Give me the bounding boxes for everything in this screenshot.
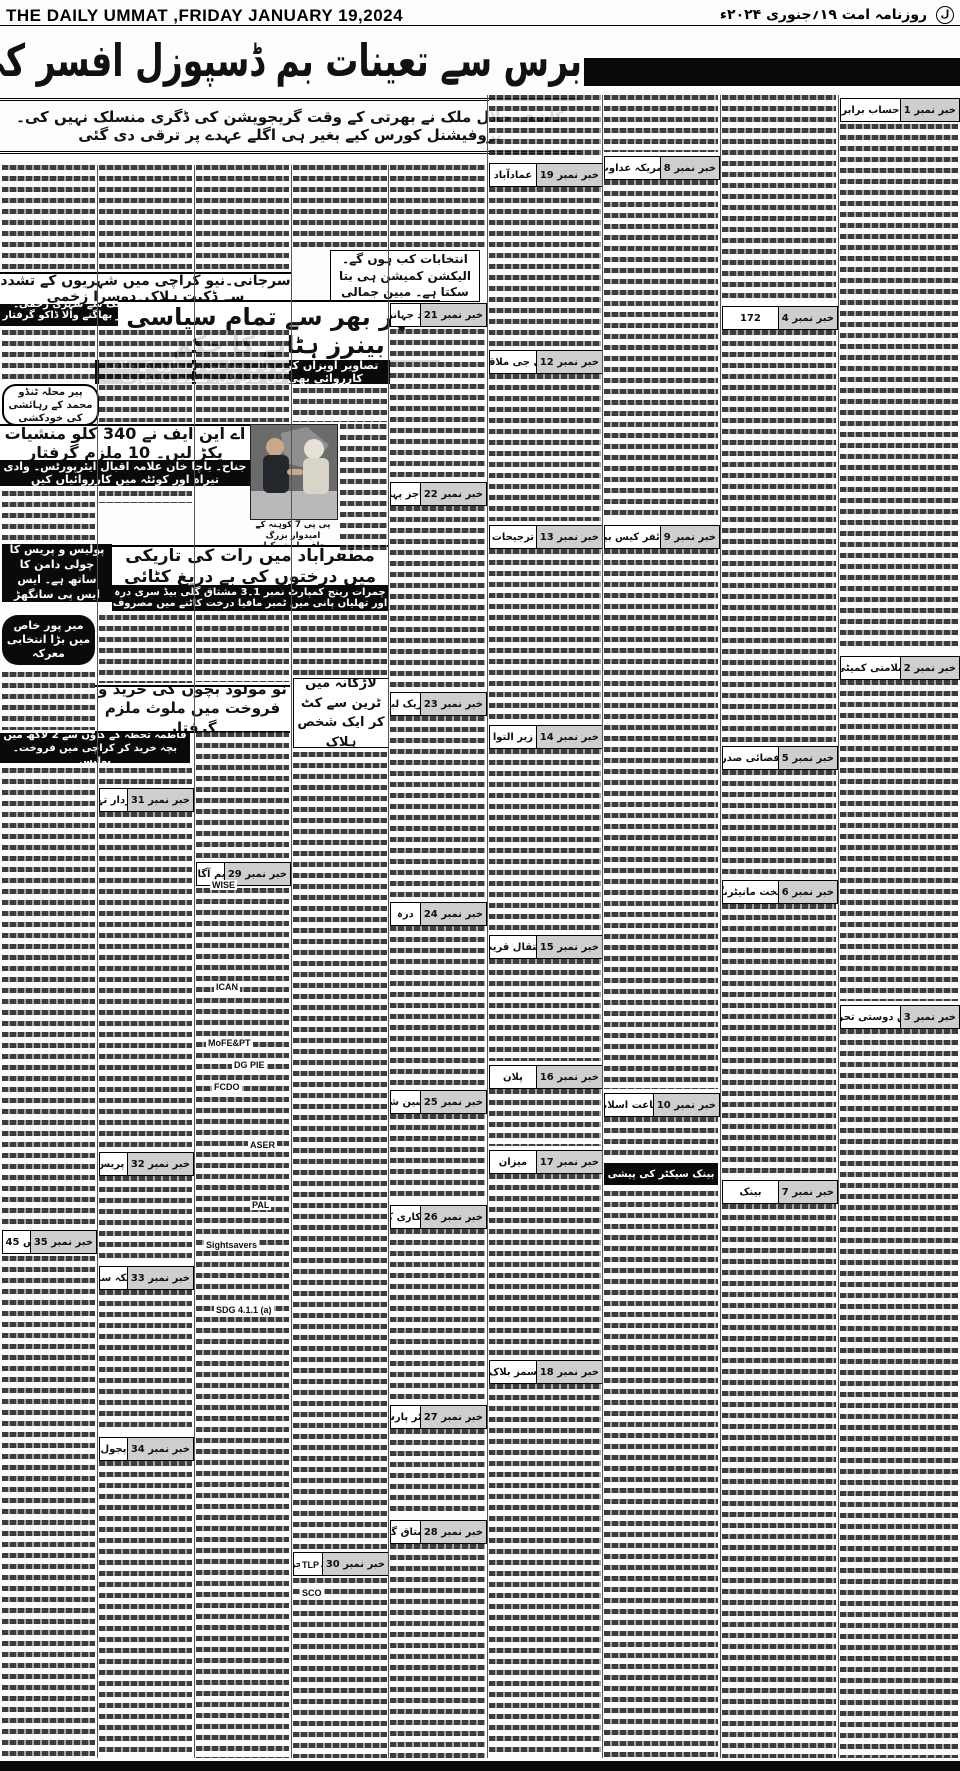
latin-term: ASER: [248, 1140, 277, 1150]
news-item-badge: خبر نمبر 10جماعت اسلامی: [604, 1093, 720, 1117]
badge-title: مشتاق گنی: [391, 1521, 420, 1543]
masthead-title: THE DAILY UMMAT ,FRIDAY JANUARY 19,2024: [6, 6, 403, 26]
news-item-badge: خبر نمبر 5فضائی صدر: [722, 746, 838, 770]
photo-two-men-talking: [250, 424, 338, 520]
badge-number: خبر نمبر 8: [660, 157, 719, 179]
news-item-badge: خبر نمبر 22عاجز پہنچ: [390, 482, 487, 506]
headline-police-press: پولیس و پریس کا چولی دامن کا ساتھ ہے۔ ای…: [2, 544, 112, 602]
headline-election-box: انتخابات کب ہوں گے۔ الیکشن کمیشن ہی بتا …: [330, 250, 480, 302]
badge-number: خبر نمبر 21: [420, 304, 486, 326]
badge-number: خبر نمبر 12: [536, 351, 602, 373]
badge-number: خبر نمبر 2: [900, 657, 959, 679]
body-text-column: [2, 672, 95, 730]
body-text-column: [99, 1461, 192, 1758]
latin-term: MoFE&PT: [206, 1038, 253, 1048]
badge-number: خبر نمبر 34: [127, 1438, 193, 1460]
body-text-column: [489, 1089, 601, 1146]
column-rule: [487, 95, 488, 1758]
body-text-column: [489, 374, 601, 521]
latin-term: FCDO: [212, 1082, 242, 1092]
news-item-badge: خبر نمبر 14زیر التوا: [489, 725, 603, 749]
body-text-column: [489, 959, 601, 1061]
badge-number: خبر نمبر 28: [420, 1521, 486, 1543]
latin-term: WISE: [210, 880, 237, 890]
body-text-column: [2, 491, 95, 541]
news-item-badge: خبر نمبر 12آئی جی ملاقات: [489, 350, 603, 374]
news-item-badge: خبر نمبر 26سرکاری کرم: [390, 1205, 487, 1229]
body-text-column: [293, 615, 387, 676]
body-text-column: [390, 926, 485, 1086]
edition-mark-icon: ل: [936, 6, 954, 24]
news-item-badge: خبر نمبر 25حسین شیخ: [390, 1090, 487, 1114]
body-text-column: [2, 768, 95, 1226]
news-item-badge: خبر نمبر 24درہ: [390, 902, 487, 926]
latin-term: ICAN: [214, 982, 240, 992]
news-item-badge: خبر نمبر 21زاہد جہانزیب: [390, 303, 487, 327]
badge-number: خبر نمبر 13: [536, 526, 602, 548]
column-rule: [97, 165, 98, 1758]
column-rule: [602, 95, 603, 1758]
body-text-column: [293, 1578, 387, 1758]
body-text-column: [99, 330, 192, 422]
badge-number: خبر نمبر 10: [653, 1094, 719, 1116]
badge-title: جماعت اسلامی: [605, 1094, 653, 1116]
news-item-badge: خبر نمبر 3چین دوستی تحریک: [840, 1005, 960, 1029]
badge-number: خبر نمبر 17: [536, 1151, 602, 1173]
masthead-date-text: روزنامہ امت ۱۹؍جنوری ۲۰۲۴ء: [720, 7, 927, 23]
lead-headline-block: 25 برس سے تعینات بم ڈسپوزل افسر کی ڈگریا…: [0, 26, 582, 94]
column-rule: [194, 165, 195, 1758]
badge-title: سمز بلاک: [490, 1361, 536, 1383]
body-text-column: [2, 165, 95, 270]
news-item-badge: خبر نمبر 17میزان: [489, 1150, 603, 1174]
body-text-column: [840, 1029, 958, 1758]
badge-title: ترجیحات: [490, 526, 536, 548]
news-item-badge: خبر نمبر 23تحریک لبیک: [390, 692, 487, 716]
badge-title: حساب برابر: [841, 99, 900, 121]
body-text-column: [99, 812, 192, 1148]
body-text-column: [99, 491, 192, 503]
body-text-column: [722, 770, 836, 876]
body-text-column: [722, 1204, 836, 1758]
body-text-column: [196, 615, 289, 682]
badge-title: قومی سلامتی کمیٹی اجلاس: [841, 657, 900, 679]
badge-title: چین دوستی تحریک: [841, 1006, 900, 1028]
news-item-badge: خبر نمبر 32انڈس پریس کلب: [99, 1152, 194, 1176]
badge-number: خبر نمبر 14: [536, 726, 602, 748]
body-text-column: [489, 187, 601, 346]
badge-number: خبر نمبر 3: [900, 1006, 959, 1028]
news-item-badge: خبر نمبر 31سردار تہور: [99, 788, 194, 812]
badge-title: امریکہ عداوت: [605, 157, 660, 179]
badge-title: انڈس پریس کلب: [100, 1153, 127, 1175]
badge-title: فضائی صدر: [723, 747, 778, 769]
body-text-column: [340, 424, 387, 554]
badge-title: میزان: [490, 1151, 536, 1173]
news-item-badge: خبر نمبر 33امریکہ سردی: [99, 1266, 194, 1290]
badge-number: خبر نمبر 27: [420, 1406, 486, 1428]
body-text-column: [722, 904, 836, 1176]
badge-number: خبر نمبر 4: [778, 307, 837, 329]
badge-title: پجول: [100, 1438, 127, 1460]
masthead-date-urdu: ل روزنامہ امت ۱۹؍جنوری ۲۰۲۴ء: [720, 6, 954, 24]
badge-number: خبر نمبر 35: [30, 1231, 96, 1253]
body-text-column: [293, 388, 387, 422]
body-text-column: [390, 165, 485, 248]
body-text-column: [489, 1384, 601, 1758]
body-text-column: [99, 165, 192, 270]
news-item-badge: خبر نمبر 9سائفر کیس بیان: [604, 525, 720, 549]
body-text-column: [196, 330, 289, 422]
badge-number: خبر نمبر 19: [536, 164, 602, 186]
badge-number: خبر نمبر 1: [900, 99, 959, 121]
body-text-column: [390, 1429, 485, 1516]
news-item-badge: خبر نمبر 28مشتاق گنی: [390, 1520, 487, 1544]
badge-title: سائفر کیس بیان: [605, 526, 660, 548]
newspaper-page: THE DAILY UMMAT ,FRIDAY JANUARY 19,2024 …: [0, 0, 960, 1771]
latin-term: SDG 4.1.1 (a): [214, 1305, 274, 1315]
badge-title: زیر التوا: [490, 726, 536, 748]
news-item-badge: خبر نمبر 13ترجیحات: [489, 525, 603, 549]
headline-mirpurkhas: میر پور خاص میں بڑا انتخابی معرکہ: [2, 615, 95, 665]
body-text-column: [196, 732, 289, 860]
body-text-column: [390, 329, 485, 478]
body-text-column: [99, 1176, 192, 1262]
news-item-badge: خبر نمبر 1حساب برابر: [840, 98, 960, 122]
body-text-column: [196, 888, 289, 1758]
badge-number: خبر نمبر 31: [127, 789, 193, 811]
badge-title: امریکہ سردی: [100, 1267, 127, 1289]
footer-rule: [0, 1761, 960, 1771]
news-item-badge: خبر نمبر 34پجول: [99, 1437, 194, 1461]
news-item-badge: خبر نمبر 18سمز بلاک: [489, 1360, 603, 1384]
body-text-column: [604, 549, 718, 1089]
badge-title: درہ: [391, 903, 420, 925]
body-text-column: [2, 330, 95, 382]
body-text-column: [390, 1114, 485, 1201]
news-item-badge: خبر نمبر 4172: [722, 306, 838, 330]
news-item-badge: خبر نمبر 27بیٹر پارس: [390, 1405, 487, 1429]
subheadline-fatima: فاطمہ ٹحطہ کے گاؤں سے 2 لاکھ میں بچہ خری…: [0, 733, 190, 763]
body-text-column: [293, 752, 387, 1550]
lead-headline: برس سے تعینات بم ڈسپوزل افسر کی ڈگریاں ج…: [0, 34, 582, 87]
news-item-badge: خبر نمبر 6سخت مانیٹرنگ: [722, 880, 838, 904]
news-item-badge: خبر نمبر 15انتقال قریب: [489, 935, 603, 959]
top-black-bar: [584, 58, 960, 86]
body-text-column: [99, 768, 192, 786]
latin-term: Sightsavers: [204, 1240, 259, 1250]
news-item-badge: خبر نمبر 19عمادآباد: [489, 163, 603, 187]
body-text-column: [604, 95, 718, 152]
badge-number: خبر نمبر 24: [420, 903, 486, 925]
badge-title: سرکاری کرم: [391, 1206, 420, 1228]
badge-title: زاہد جہانزیب: [391, 304, 420, 326]
badge-number: خبر نمبر 32: [127, 1153, 193, 1175]
badge-title: انتقال قریب: [490, 936, 536, 958]
column-rule: [291, 165, 292, 1758]
body-text-column: [2, 1256, 95, 1758]
badge-number: خبر نمبر 30: [322, 1553, 388, 1575]
body-text-column: [604, 1191, 718, 1758]
body-text-column: [390, 506, 485, 688]
badge-title: آئی جی ملاقات: [490, 351, 536, 373]
body-text-column: [489, 95, 601, 159]
badge-title: عمادآباد: [490, 164, 536, 186]
body-text-column: [840, 680, 958, 1001]
body-text-column: [99, 1290, 192, 1433]
column-rule: [720, 95, 721, 1758]
news-item-badge: خبر نمبر 2قومی سلامتی کمیٹی اجلاس: [840, 656, 960, 680]
badge-title: سخت مانیٹرنگ: [723, 881, 778, 903]
headline-larkana: لاڑکانہ میں ٹرین سے کٹ کر ایک شخص ہلاک: [293, 678, 389, 748]
news-item-badge: خبر نمبر 7بینک: [722, 1180, 838, 1204]
badge-title: پی ایس 45 مقابلہ: [3, 1231, 30, 1253]
badge-title: پلان: [490, 1066, 536, 1088]
body-text-column: [196, 165, 289, 270]
badge-number: خبر نمبر 22: [420, 483, 486, 505]
badge-title: حسین شیخ: [391, 1091, 420, 1113]
badge-number: خبر نمبر 18: [536, 1361, 602, 1383]
badge-title: بیٹر پارس: [391, 1406, 420, 1428]
latin-term: DG PIE: [232, 1060, 267, 1070]
column-rule: [838, 95, 839, 1758]
badge-number: خبر نمبر 26: [420, 1206, 486, 1228]
badge-title: بینک: [723, 1181, 778, 1203]
body-text-column: [722, 330, 836, 742]
photo-illustration: [251, 425, 337, 519]
badge-number: خبر نمبر 33: [127, 1267, 193, 1289]
news-item-badge: خبر نمبر 8امریکہ عداوت: [604, 156, 720, 180]
body-text-column: [604, 180, 718, 521]
body-text-column: [840, 124, 958, 652]
body-text-column: [293, 165, 387, 248]
badge-number: خبر نمبر 23: [420, 693, 486, 715]
headline-newborn: نو مولود بچوں کی خرید و فروخت میں ملوث م…: [95, 685, 290, 733]
latin-term: SCO: [300, 1588, 324, 1598]
badge-title: عاجز پہنچ: [391, 483, 420, 505]
latin-term: TLP: [300, 1560, 321, 1570]
body-text-column: [722, 95, 836, 302]
body-text-column: [489, 549, 601, 721]
headline-bank-bar: بینک سیکٹر کی پیشی: [604, 1163, 718, 1185]
subheadline-muzaffarabad: چمرات رینج کمپارٹ نمبر 1۔3 مشتاق گلی بیڈ…: [112, 585, 388, 611]
badge-number: خبر نمبر 6: [778, 881, 837, 903]
body-text-column: [390, 1229, 485, 1401]
badge-title: 172: [723, 307, 778, 329]
subheadline-anf: جناح۔ باچا خان علامہ اقبال ایئرپورٹس۔ وا…: [0, 460, 250, 486]
body-text-column: [604, 1117, 718, 1159]
headline-anf: اے این ایف نے 340 کلو منشیات پکڑ لیں۔ 10…: [0, 424, 250, 462]
badge-title: سردار تہور: [100, 789, 127, 811]
body-text-column: [390, 1544, 485, 1758]
badge-number: خبر نمبر 16: [536, 1066, 602, 1088]
headline-peer-mohalla: پیر محلہ ٹنڈو محمد کے رہائشی کی خودکشی: [2, 384, 99, 426]
news-item-badge: خبر نمبر 35پی ایس 45 مقابلہ: [2, 1230, 97, 1254]
badge-number: خبر نمبر 15: [536, 936, 602, 958]
badge-number: خبر نمبر 7: [778, 1181, 837, 1203]
body-text-column: [489, 749, 601, 931]
badge-number: خبر نمبر 5: [778, 747, 837, 769]
column-rule: [388, 165, 389, 1758]
badge-title: تحریک لبیک: [391, 693, 420, 715]
badge-number: خبر نمبر 9: [660, 526, 719, 548]
body-text-column: [489, 1174, 601, 1356]
badge-number: خبر نمبر 25: [420, 1091, 486, 1113]
latin-term: PAL: [250, 1200, 271, 1210]
body-text-column: [390, 716, 485, 898]
body-text-column: [99, 615, 192, 683]
news-item-badge: خبر نمبر 16پلان: [489, 1065, 603, 1089]
